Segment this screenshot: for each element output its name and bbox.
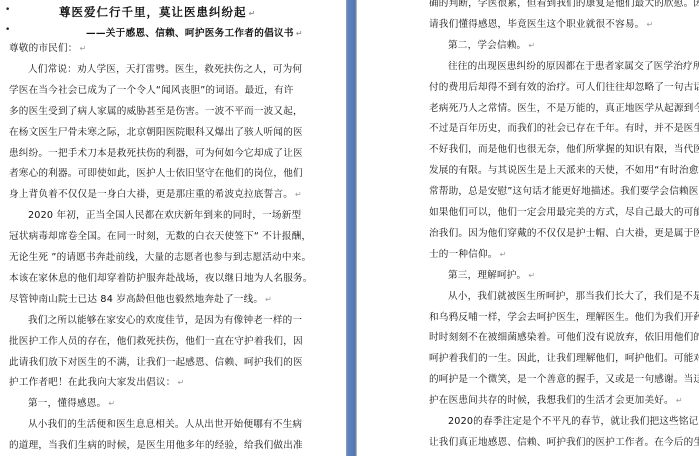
paragraph-mark-icon: ↵: [296, 29, 303, 38]
text-line: 尽管钟南山院士已达 84 岁高龄但他也毅然地奔赴了一线。↵: [9, 294, 272, 306]
line-text: 治我们。因为他们穿戴的不仅仅是护士帽、白大褂，更是属于医护人: [429, 228, 699, 239]
text-line: 确的判断，学医很累，但看到我们的康复是他们最大的欣慰。因此，: [429, 0, 699, 10]
line-text: 此请我们放下对医生的不满，让我们一起感恩、信赖、呵护我们的医: [9, 357, 303, 368]
line-text: 不好我们，而是他们也很无奈，他们所掌握的知识有限，当代医学所: [429, 144, 699, 155]
text-line: 多的医生受到了病人家属的威胁甚至是伤害。一波不平而一波又起，: [9, 106, 303, 118]
line-text: 第一，懂得感恩。: [28, 398, 106, 409]
line-text: 第三，理解呵护。: [448, 270, 526, 281]
paragraph-mark-icon: ↵: [249, 9, 257, 18]
document-subtitle: ——关于感恩、信赖、呵护医务工作者的倡议书↵: [86, 25, 303, 39]
text-line: 如果他们可以，他们一定会用最完美的方式，尽自己最大的可能来救: [429, 207, 699, 219]
line-text: 发展的有限。与其说医生是上天派来的天使，不如用“有时治愈，常: [429, 165, 699, 176]
line-text: 2020 年初，正当全国人民都在欢庆新年到来的同时，一场新型: [28, 210, 301, 221]
line-text: 让我们真正地感恩、信赖、呵护我们的医护工作者。在今后的生活中: [429, 437, 699, 448]
paragraph-mark-icon: ↵: [295, 190, 302, 199]
text-line: 此请我们放下对医生的不满，让我们一起感恩、信赖、呵护我们的医: [9, 357, 303, 369]
line-text: 者寒心的利器。可即使如此，医护人士依旧坚守在他们的岗位，他们: [9, 168, 303, 179]
left-page: • 尊医爱仁行千里，莫让医患纠纷起↵ • ——关于感恩、信赖、呵护医务工作者的倡…: [0, 0, 346, 456]
text-line: 请我们懂得感恩，毕竟医生这个职业就很不容易。↵: [429, 19, 653, 31]
page-separator: [346, 0, 357, 456]
bullet-marker: •: [5, 5, 10, 15]
paragraph-mark-icon: ↵: [528, 271, 535, 280]
line-text: 尽管钟南山院士已达 84 岁高龄但他也毅然地奔赴了一线。: [9, 294, 263, 305]
line-text: 尊敬的市民们：: [9, 43, 78, 54]
text-line: 护工作者吧！在此我向大家发出倡议：↵: [9, 377, 184, 389]
text-line: 和乌鸦反哺一样，学会去呵护医生，理解医生。他们为我们开药打针，: [429, 312, 699, 324]
line-text: 不过是百年历史，而我们的社会已存在千年。有时，并不是医生就治: [429, 123, 699, 134]
right-page: 确的判断，学医很累，但看到我们的康复是他们最大的欣慰。因此，请我们懂得感恩，毕竟…: [357, 0, 699, 456]
line-text: 付的费用后却得不到有效的治疗。可人们往往却忽略了一句古话：生: [429, 82, 699, 93]
subtitle-text: ——关于感恩、信赖、呵护医务工作者的倡议书: [86, 28, 294, 39]
text-line: 2020 年初，正当全国人民都在欢庆新年到来的同时，一场新型: [9, 210, 301, 222]
text-line: 老病死乃人之常情。医生，不是万能的，真正地医学从起源到今，也: [429, 103, 699, 115]
line-text: 护在医患间共存的时候，我想我们的生活才会更加美好。: [429, 395, 674, 406]
paragraph-mark-icon: ↵: [80, 44, 87, 53]
text-line: 身上背负着不仅仅是一身白大褂，更是那庄重的希波克拉底誓言。↵: [9, 189, 302, 201]
text-line: 冠状病毒却席卷全国。在同一时刻，无数的白衣天使签下“ 不计报酬，: [9, 231, 311, 243]
line-text: 我们之所以能够在家安心的欢度佳节，是因为有像钟老一样的一: [28, 315, 302, 326]
line-text: 多的医生受到了病人家属的威胁甚至是伤害。一波不平而一波又起，: [9, 106, 303, 117]
paragraph-mark-icon: ↵: [178, 378, 185, 387]
line-text: 请我们懂得感恩，毕竟医生这个职业就很不容易。: [429, 19, 644, 30]
text-line: 在杨文医生尸骨未寒之际，北京朝阳医院眼科又爆出了骇人听闻的医: [9, 127, 303, 139]
line-text: 本该在家休息的他们却穿着防护服奔赴战场，夜以继日地为人名服务。: [9, 273, 313, 284]
text-line: 学医在当今社会已成为了一个令人“闻风丧胆”的词语。最近，有许: [9, 85, 294, 97]
line-text: 老病死乃人之常情。医生，不是万能的，真正地医学从起源到今，也: [429, 103, 699, 114]
line-text: 的呵护是一个微笑，是一个善意的握手，又或是一句感谢。当这些呵: [429, 374, 699, 385]
line-text: 批医护工作人员的存在，他们救死扶伤，他们一直在守护着我们，因: [9, 336, 303, 347]
text-line: 付的费用后却得不到有效的治疗。可人们往往却忽略了一句古话：生: [429, 82, 699, 94]
title-text: 尊医爱仁行千里，莫让医患纠纷起: [59, 5, 247, 19]
text-line: 批医护工作人员的存在，他们救死扶伤，他们一直在守护着我们，因: [9, 336, 303, 348]
line-text: 2020的春季注定是个不平凡的春节，就让我们把这些铭记在心。: [448, 416, 699, 427]
line-text: 和乌鸦反哺一样，学会去呵护医生，理解医生。他们为我们开药打针，: [429, 312, 699, 323]
line-text: 往往的出现医患纠纷的原因都在于患者家属交了医学治疗所应: [448, 61, 699, 72]
document-title: 尊医爱仁行千里，莫让医患纠纷起↵: [59, 4, 256, 20]
text-line: 患纠纷。一把手术刀本是救死扶伤的利器，可为何如今它却成了让医: [9, 148, 303, 160]
text-line: 不过是百年历史，而我们的社会已存在千年。有时，并不是医生就治: [429, 123, 699, 135]
line-text: 的道理，当我们生病的时候，是医生用他多年的经验，给我们做出准: [9, 440, 303, 451]
line-text: 士的一种信仰。: [429, 249, 498, 260]
line-text: 无论生死 ”的请愿书奔赴前线，大量的志愿者也参与到志愿活动中来。: [9, 252, 311, 263]
line-text: 在杨文医生尸骨未寒之际，北京朝阳医院眼科又爆出了骇人听闻的医: [9, 127, 303, 138]
text-line: 从小我们的生活便和医生息息相关。人从出世开始便哪有不生病: [9, 419, 302, 431]
line-text: 患纠纷。一把手术刀本是救死扶伤的利器，可为何如今它却成了让医: [9, 148, 303, 159]
text-line: 我们之所以能够在家安心的欢度佳节，是因为有像钟老一样的一: [9, 315, 302, 327]
text-line: 护在医患间共存的时候，我想我们的生活才会更加美好。↵: [429, 395, 683, 407]
text-line: 人们常说：劝人学医，天打雷劈。医生，救死扶伤之人，可为何: [9, 64, 302, 76]
text-line: 士的一种信仰。↵: [429, 249, 506, 261]
text-line: 第一，懂得感恩。↵: [9, 398, 115, 410]
paragraph-mark-icon: ↵: [265, 295, 272, 304]
text-line: 第三，理解呵护。↵: [429, 270, 535, 282]
text-line: 从小，我们就被医生所呵护，那当我们长大了，我们是不是也要: [429, 291, 699, 303]
line-text: 从小，我们就被医生所呵护，那当我们长大了，我们是不是也要: [448, 291, 699, 302]
line-text: 从小我们的生活便和医生息息相关。人从出世开始便哪有不生病: [28, 419, 302, 430]
line-text: 护工作者吧！在此我向大家发出倡议：: [9, 377, 176, 388]
text-line: 2020的春季注定是个不平凡的春节，就让我们把这些铭记在心。: [429, 416, 699, 428]
paragraph-mark-icon: ↵: [528, 41, 535, 50]
text-line: 无论生死 ”的请愿书奔赴前线，大量的志愿者也参与到志愿活动中来。: [9, 252, 311, 264]
paragraph-mark-icon: ↵: [108, 399, 115, 408]
line-text: 呵护着我们的一生。因此，让我们理解他们，呵护他们。可能对医生: [429, 353, 699, 364]
line-text: 身上背负着不仅仅是一身白大褂，更是那庄重的希波克拉底誓言。: [9, 189, 293, 200]
text-line: 的道理，当我们生病的时候，是医生用他多年的经验，给我们做出准: [9, 440, 303, 452]
text-line: 让我们真正地感恩、信赖、呵护我们的医护工作者。在今后的生活中: [429, 437, 699, 449]
text-line: 本该在家休息的他们却穿着防护服奔赴战场，夜以继日地为人名服务。: [9, 273, 313, 285]
text-line: 尊敬的市民们：↵: [9, 43, 86, 55]
line-text: 人们常说：劝人学医，天打雷劈。医生，救死扶伤之人，可为何: [28, 64, 302, 75]
line-text: 冠状病毒却席卷全国。在同一时刻，无数的白衣天使签下“ 不计报酬，: [9, 231, 311, 242]
text-line: 者寒心的利器。可即使如此，医护人士依旧坚守在他们的岗位，他们: [9, 168, 303, 180]
text-line: 的呵护是一个微笑，是一个善意的握手，又或是一句感谢。当这些呵: [429, 374, 699, 386]
text-line: 不好我们，而是他们也很无奈，他们所掌握的知识有限，当代医学所: [429, 144, 699, 156]
text-line: 时时刻刻不在被细菌感染着。可他们没有说放弃，依旧用他们的一生: [429, 332, 699, 344]
text-line: 发展的有限。与其说医生是上天派来的天使，不如用“有时治愈，常: [429, 165, 699, 177]
text-line: 治我们。因为他们穿戴的不仅仅是护士帽、白大褂，更是属于医护人: [429, 228, 699, 240]
text-line: 第二，学会信赖。↵: [429, 40, 535, 52]
text-line: 常帮助，总是安慰”这句话才能更好地描述。我们要学会信赖医生，: [429, 186, 699, 198]
paragraph-mark-icon: ↵: [500, 250, 507, 259]
line-text: 确的判断，学医很累，但看到我们的康复是他们最大的欣慰。因此，: [429, 0, 699, 9]
paragraph-mark-icon: ↵: [646, 20, 653, 29]
text-line: 往往的出现医患纠纷的原因都在于患者家属交了医学治疗所应: [429, 61, 699, 73]
line-text: 第二，学会信赖。: [448, 40, 526, 51]
bullet-marker: •: [5, 25, 10, 35]
line-text: 常帮助，总是安慰”这句话才能更好地描述。我们要学会信赖医生，: [429, 186, 699, 197]
paragraph-mark-icon: ↵: [676, 396, 683, 405]
line-text: 如果他们可以，他们一定会用最完美的方式，尽自己最大的可能来救: [429, 207, 699, 218]
line-text: 学医在当今社会已成为了一个令人“闻风丧胆”的词语。最近，有许: [9, 85, 294, 96]
text-line: 呵护着我们的一生。因此，让我们理解他们，呵护他们。可能对医生: [429, 353, 699, 365]
line-text: 时时刻刻不在被细菌感染着。可他们没有说放弃，依旧用他们的一生: [429, 332, 699, 343]
